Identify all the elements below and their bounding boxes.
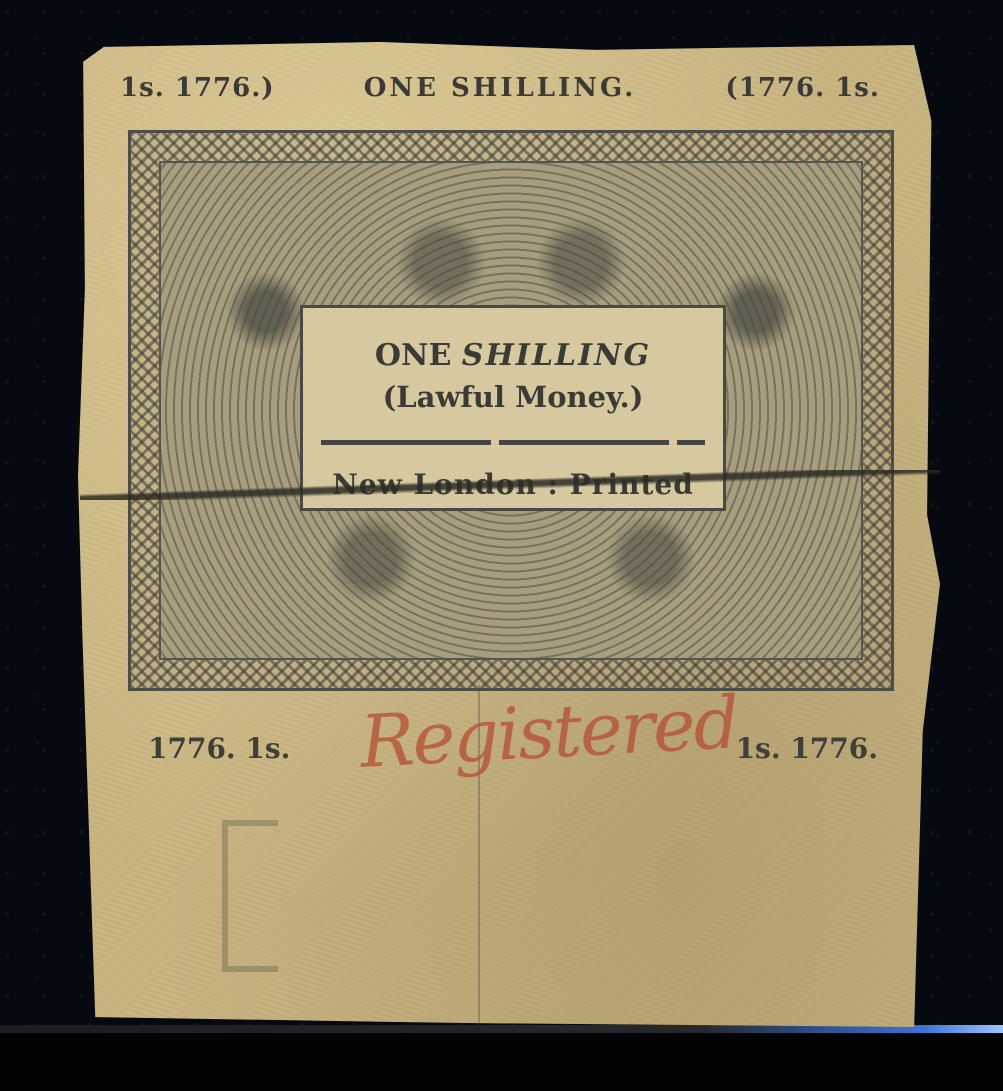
faded-bracket-mark	[222, 820, 278, 972]
denomination-line: ONE SHILLING	[303, 338, 723, 373]
top-left-legend: 1s. 1776.)	[120, 73, 275, 103]
divider-rule	[321, 440, 705, 445]
top-legend: 1s. 1776.) ONE SHILLING. (1776. 1s.	[120, 68, 880, 108]
table-surface	[0, 1033, 1003, 1091]
denomination-plain: ONE	[375, 338, 451, 373]
top-title: ONE SHILLING.	[364, 73, 637, 103]
lawful-money-line: (Lawful Money.)	[303, 380, 723, 414]
top-right-legend: (1776. 1s.	[725, 73, 880, 103]
left-date: 1776. 1s.	[148, 732, 290, 765]
denomination-italic: SHILLING	[462, 338, 651, 373]
right-date: 1s. 1776.	[736, 732, 878, 765]
horizontal-tear	[80, 470, 940, 500]
